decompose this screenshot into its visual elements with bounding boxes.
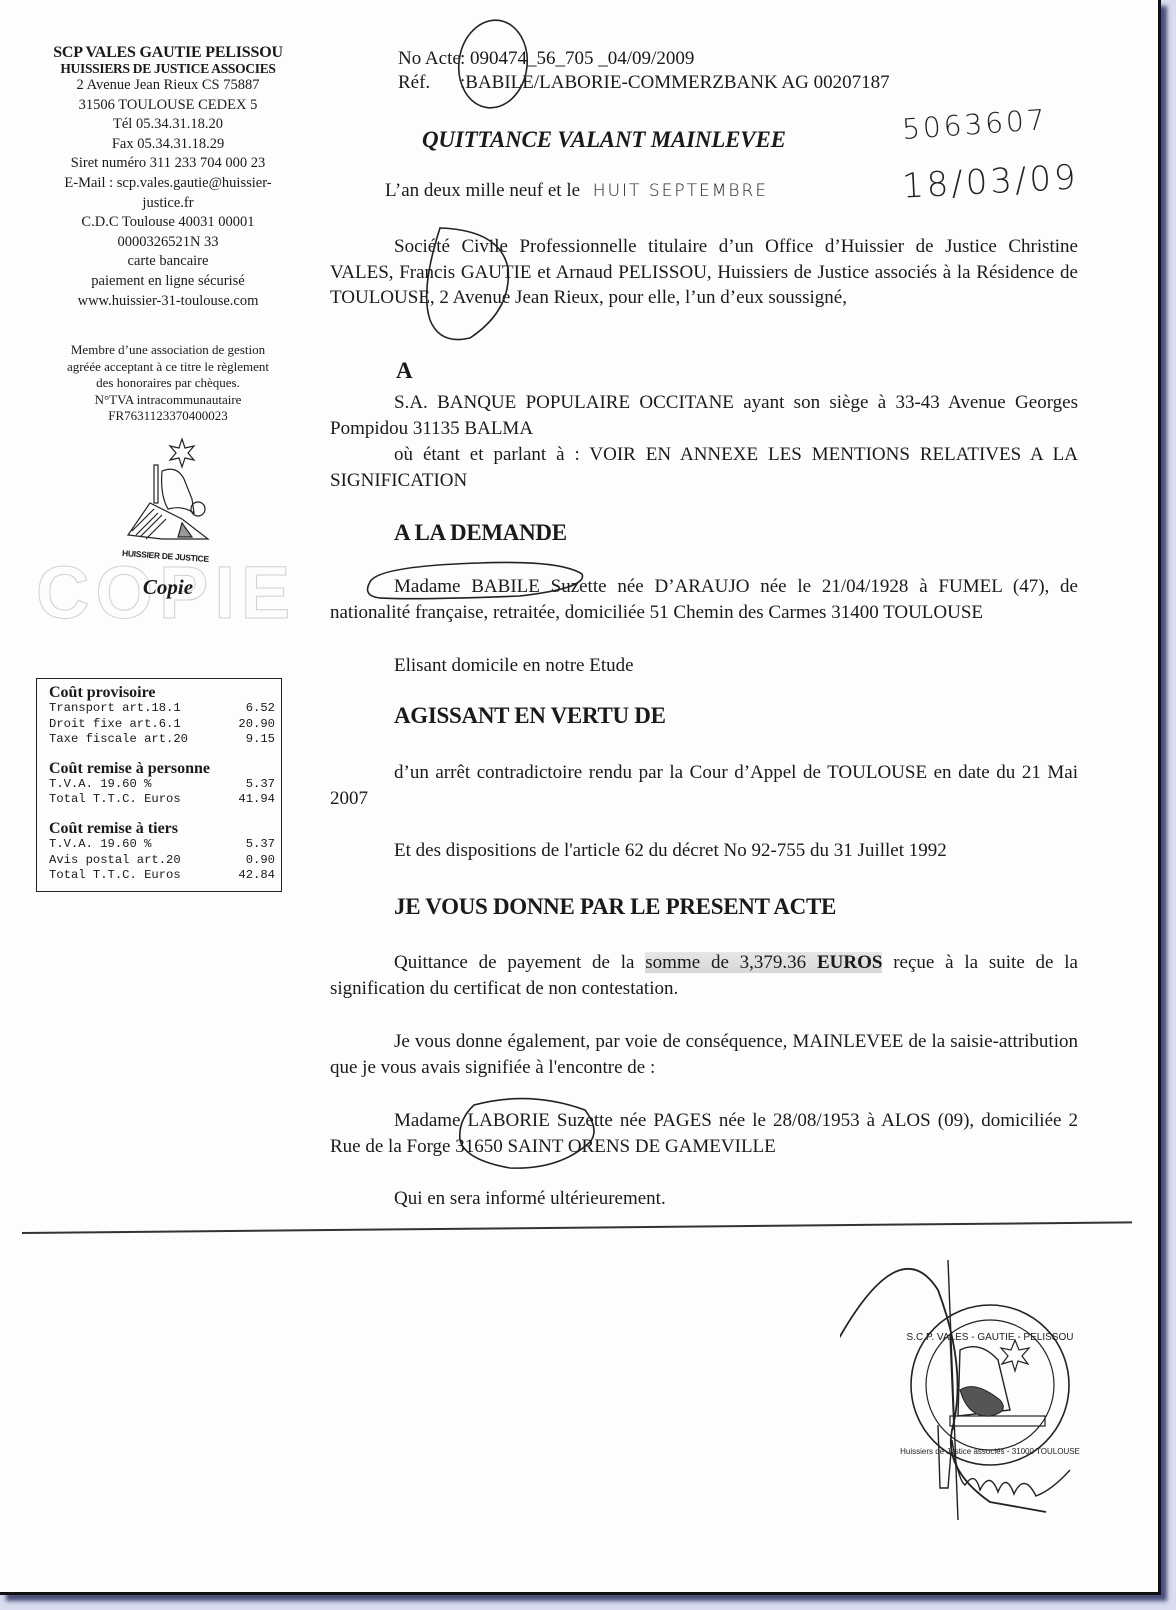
- cost-section: Coût remise à personne T.V.A. 19.60 %5.3…: [49, 760, 275, 808]
- currency: EUROS: [817, 952, 882, 973]
- cost-row: Total T.T.C. Euros41.94: [49, 792, 275, 808]
- quittance-text: Quittance de payement de la: [394, 952, 645, 973]
- quittance: Quittance de payement de la somme de 3,3…: [330, 950, 1078, 1001]
- cost-label: Total T.T.C. Euros: [49, 868, 181, 884]
- recipient-note: où étant et parlant à : VOIR EN ANNEXE L…: [330, 442, 1078, 493]
- cost-row: T.V.A. 19.60 %5.37: [49, 837, 275, 853]
- arret: d’un arrêt contradictoire rendu par la C…: [330, 760, 1078, 811]
- document-page: SCP VALES GAUTIE PELISSOU HUISSIERS DE J…: [0, 0, 1161, 1595]
- official-stamp-icon: S.C.P. VALES - GAUTIE - PELISSOU Huissie…: [840, 1240, 1140, 1560]
- member-line: des honoraires par chèques.: [34, 375, 302, 392]
- requester: Madame BABILE Suzette née D’ARAUJO née l…: [330, 574, 1078, 625]
- cost-row: Taxe fiscale art.209.15: [49, 732, 275, 748]
- address-line: 31506 TOULOUSE CEDEX 5: [34, 96, 302, 116]
- phone: Tél 05.34.31.18.20: [34, 115, 302, 135]
- member-line: Membre d’une association de gestion: [34, 342, 302, 359]
- document-title: QUITTANCE VALANT MAINLEVEE: [422, 127, 786, 153]
- letterhead: SCP VALES GAUTIE PELISSOU HUISSIERS DE J…: [34, 44, 302, 595]
- intro-paragraph: Société Civile Professionnelle titulaire…: [330, 234, 1078, 311]
- member-line: N°TVA intracommunautaire: [34, 392, 302, 409]
- cost-value: 6.52: [246, 701, 275, 717]
- cost-value: 5.37: [246, 837, 275, 853]
- ref-label: Réf.: [398, 72, 460, 94]
- payment-card: carte bancaire: [34, 252, 302, 272]
- bank-account: C.D.C Toulouse 40031 00001: [34, 213, 302, 233]
- huissier-emblem: COPIE HUISSIER DE JUSTICE Copie: [34, 435, 302, 595]
- cost-row: Droit fixe art.6.120.90: [49, 717, 275, 733]
- member-notice: Membre d’une association de gestion agré…: [34, 342, 302, 425]
- amount-highlight: somme de 3,379.36 EUROS: [645, 952, 882, 973]
- siret: Siret numéro 311 233 704 000 23: [34, 154, 302, 174]
- cost-value: 9.15: [246, 732, 275, 748]
- section-demande: A LA DEMANDE: [394, 520, 567, 546]
- section-a: A: [396, 358, 412, 384]
- decret: Et des dispositions de l'article 62 du d…: [330, 838, 1078, 864]
- cost-section: Coût remise à tiers T.V.A. 19.60 %5.37 A…: [49, 820, 275, 884]
- cost-value: 5.37: [246, 777, 275, 793]
- closing: Qui en sera informé ultérieurement.: [330, 1186, 1078, 1212]
- date-line-text: L’an deux mille neuf et le: [385, 180, 580, 201]
- website: www.huissier-31-toulouse.com: [34, 292, 302, 312]
- cost-section-title: Coût remise à tiers: [49, 820, 275, 837]
- requester-note: Elisant domicile en notre Etude: [330, 653, 1078, 679]
- address-line: 2 Avenue Jean Rieux CS 75887: [34, 76, 302, 96]
- payment-online: paiement en ligne sécurisé: [34, 272, 302, 292]
- cost-label: Total T.T.C. Euros: [49, 792, 181, 808]
- firm-subtitle: HUISSIERS DE JUSTICE ASSOCIES: [34, 61, 302, 76]
- email-cont: justice.fr: [34, 194, 302, 214]
- member-line: agréée acceptant à ce titre le règlement: [34, 359, 302, 376]
- reference: Réf.:BABILE/LABORIE-COMMERZBANK AG 00207…: [398, 72, 890, 94]
- bank-account-cont: 0000326521N 33: [34, 233, 302, 253]
- cost-label: T.V.A. 19.60 %: [49, 777, 151, 793]
- firm-name: SCP VALES GAUTIE PELISSOU: [34, 44, 302, 61]
- cost-value: 41.94: [238, 792, 275, 808]
- handwritten-number: 5063607: [901, 103, 1049, 146]
- cost-label: Droit fixe art.6.1: [49, 717, 181, 733]
- email: E-Mail : scp.vales.gautie@huissier-: [34, 174, 302, 194]
- cost-row: T.V.A. 19.60 %5.37: [49, 777, 275, 793]
- amount: somme de 3,379.36: [645, 952, 817, 973]
- ref-value: :BABILE/LABORIE-COMMERZBANK AG 00207187: [460, 72, 890, 93]
- justice-figure-icon: [122, 435, 212, 547]
- cost-label: T.V.A. 19.60 %: [49, 837, 151, 853]
- acte-label: No Acte: [398, 48, 460, 70]
- cost-row: Transport art.18.16.52: [49, 701, 275, 717]
- cost-section: Coût provisoire Transport art.18.16.52 D…: [49, 684, 275, 748]
- date-line: L’an deux mille neuf et le HUIT SEPTEMBR…: [385, 178, 1133, 205]
- vat-number: FR7631123370400023: [34, 408, 302, 425]
- cost-label: Taxe fiscale art.20: [49, 732, 188, 748]
- separator-line: [22, 1221, 1132, 1234]
- mainlevee: Je vous donne également, par voie de con…: [330, 1029, 1078, 1080]
- section-acte: JE VOUS DONNE PAR LE PRESENT ACTE: [394, 894, 836, 920]
- recipient: S.A. BANQUE POPULAIRE OCCITANE ayant son…: [330, 390, 1078, 441]
- stamp-bottom-text: Huissiers de Justice associés - 31000 TO…: [900, 1447, 1080, 1456]
- fax: Fax 05.34.31.18.29: [34, 135, 302, 155]
- stamp-top-text: S.C.P. VALES - GAUTIE - PELISSOU: [907, 1332, 1074, 1343]
- cost-section-title: Coût remise à personne: [49, 760, 275, 777]
- copy-label: Copie: [34, 575, 302, 600]
- costs-box: Coût provisoire Transport art.18.16.52 D…: [36, 678, 282, 892]
- cost-label: Avis postal art.20: [49, 853, 181, 869]
- acte-number: No Acte: 090474_56_705 _04/09/2009: [398, 48, 694, 70]
- cost-row: Total T.T.C. Euros42.84: [49, 868, 275, 884]
- cost-row: Avis postal art.200.90: [49, 853, 275, 869]
- cost-value: 42.84: [238, 868, 275, 884]
- section-vertu: AGISSANT EN VERTU DE: [394, 703, 666, 729]
- acte-value: : 090474_56_705 _04/09/2009: [460, 48, 694, 69]
- cost-label: Transport art.18.1: [49, 701, 181, 717]
- cost-value: 20.90: [238, 717, 275, 733]
- cost-value: 0.90: [246, 853, 275, 869]
- cost-section-title: Coût provisoire: [49, 684, 275, 701]
- debtor: Madame LABORIE Suzette née PAGES née le …: [330, 1108, 1078, 1159]
- firm-address: 2 Avenue Jean Rieux CS 75887 31506 TOULO…: [34, 76, 302, 311]
- handwritten-day: HUIT SEPTEMBRE: [593, 181, 768, 201]
